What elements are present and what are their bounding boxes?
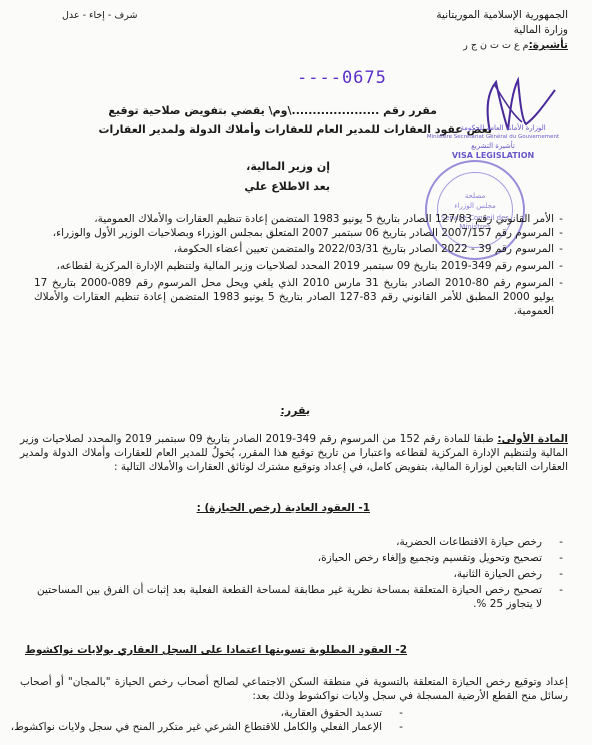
decree-title-line1: مقرر رقم .....................\وم\ يقضي … [108, 104, 437, 117]
decides-heading: يقرر: [280, 404, 310, 417]
stamp-line-fr: Ministère Secrétariat Général du Gouvern… [408, 133, 578, 142]
visa-label: تأشيرة: [529, 39, 568, 51]
reference-item: -المرسوم رقم 39 - 2022 الصادر بتاريخ 202… [20, 242, 568, 256]
preamble-minister: إن وزير المالية، [246, 160, 330, 173]
stamp-line-ar: الوزارة الأمانة العامة للحكومة [408, 124, 578, 133]
reference-item: -المرسوم رقم 2007/157 الصادر بتاريخ 06 س… [20, 226, 568, 240]
visa-line: تأشيرة:م ع ت ت ن ج ر [348, 38, 568, 53]
article-1: المادة الأولى: طبقا للمادة رقم 152 من ال… [20, 432, 568, 474]
section-2-item: -الإعمار الفعلي والكامل للاقتطاع الشرعي … [20, 720, 568, 734]
header-institution: الجمهورية الإسلامية الموريتانية وزارة ال… [348, 8, 568, 53]
seal-center-1: مصلحة [427, 192, 523, 201]
references-list: -الأمر القانوني رقم 127/83 الصادر بتاريخ… [20, 212, 568, 318]
visa-legislation-stamp: الوزارة الأمانة العامة للحكومة Ministère… [408, 124, 578, 160]
document-page: الجمهورية الإسلامية الموريتانية وزارة ال… [0, 0, 592, 745]
section-1-list: -رخص حيازة الاقتطاعات الحضرية، -تصحيح وت… [20, 535, 568, 611]
stamp-visa-fr: VISA LEGISLATION [408, 151, 578, 160]
section-2-list: -تسديد الحقوق العقارية، -الإعمار الفعلي … [20, 706, 568, 734]
section-1-item: -رخص حيازة الاقتطاعات الحضرية، [20, 535, 568, 549]
reference-item: -المرسوم رقم 349-2019 بتاريخ 09 سبتمبر 2… [20, 259, 568, 273]
ministry-name: وزارة المالية [348, 23, 568, 38]
reference-item: -الأمر القانوني رقم 127/83 الصادر بتاريخ… [20, 212, 568, 226]
section-2-item: -تسديد الحقوق العقارية، [20, 706, 568, 720]
visa-value: م ع ت ت ن ج ر [463, 40, 528, 51]
section-1-item: -رخص الحيازة الثانية، [20, 567, 568, 581]
stamp-visa-ar: تأشيرة التشريع [408, 142, 578, 151]
republic-name: الجمهورية الإسلامية الموريتانية [348, 8, 568, 23]
section-1-heading: 1- العقود العادية (رخص الحيازة) : [197, 502, 370, 514]
article-1-text: طبقا للمادة رقم 152 من المرسوم رقم 349-2… [20, 433, 568, 473]
section-2-paragraph: إعداد وتوقيع رخص الحيازة المتعلقة بالتسو… [20, 675, 568, 703]
section-2-heading: 2- العقود المطلوبة تسويتها اعتمادا على ا… [25, 644, 407, 656]
section-1-item: -تصحيح وتحويل وتقسيم وتجميع وإلغاء رخص ا… [20, 551, 568, 565]
national-motto: شرف - إخاء - عدل [62, 10, 137, 21]
section-1-item: -تصحيح رخص الحيازة المتعلقة بمساحة نظرية… [20, 583, 568, 611]
registration-number-stamp: ----0675 [297, 68, 387, 88]
reference-item: -المرسوم رقم 80-2010 الصادر بتاريخ 31 ما… [20, 276, 568, 318]
seal-center-2: مجلس الوزراء [427, 202, 523, 211]
article-1-label: المادة الأولى: [497, 433, 568, 445]
preamble-considering: بعد الاطلاع علي [244, 180, 330, 193]
